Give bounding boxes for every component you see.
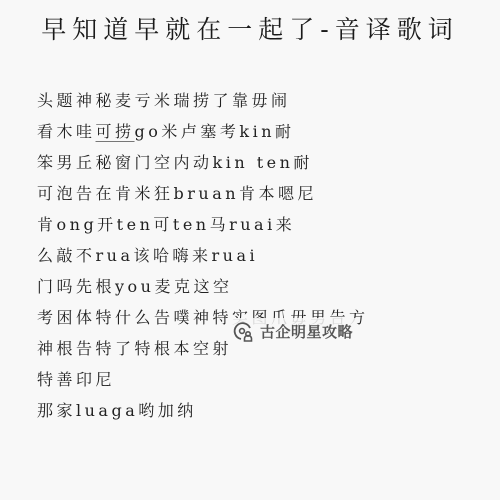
lyric-segment: go米卢塞考kin耐 (135, 122, 295, 141)
lyric-segment: 看木哇 (37, 122, 96, 141)
underlined-segment: 可捞 (96, 122, 135, 141)
watermark-text: 古企明星攻略 (260, 321, 353, 342)
lyric-line-6: 么敲不rua该哈嗨来ruai (37, 243, 369, 274)
lyric-line-10: 特善印尼 (37, 367, 369, 398)
watermark: 古企明星攻略 (228, 318, 357, 344)
lyric-line-11: 那家luaga哟加纳 (37, 398, 369, 429)
lyric-line-3: 笨男丘秘窗门空内动kin ten耐 (37, 150, 369, 181)
lyric-line-4: 可泡告在肯米狂bruan肯本嗯尼 (37, 181, 369, 212)
page-title: 早知道早就在一起了-音译歌词 (0, 10, 500, 46)
lyric-line-5: 肯ong开ten可ten马ruai来 (37, 212, 369, 243)
lyric-line-1: 头题神秘麦亏米瑞捞了靠毋闹 (37, 88, 369, 119)
person-badge-icon (232, 320, 254, 342)
lyric-line-7: 门吗先根you麦克这空 (37, 274, 369, 305)
lyric-line-2: 看木哇可捞go米卢塞考kin耐 (37, 119, 369, 150)
lyrics-list: 头题神秘麦亏米瑞捞了靠毋闹 看木哇可捞go米卢塞考kin耐 笨男丘秘窗门空内动k… (37, 88, 369, 429)
